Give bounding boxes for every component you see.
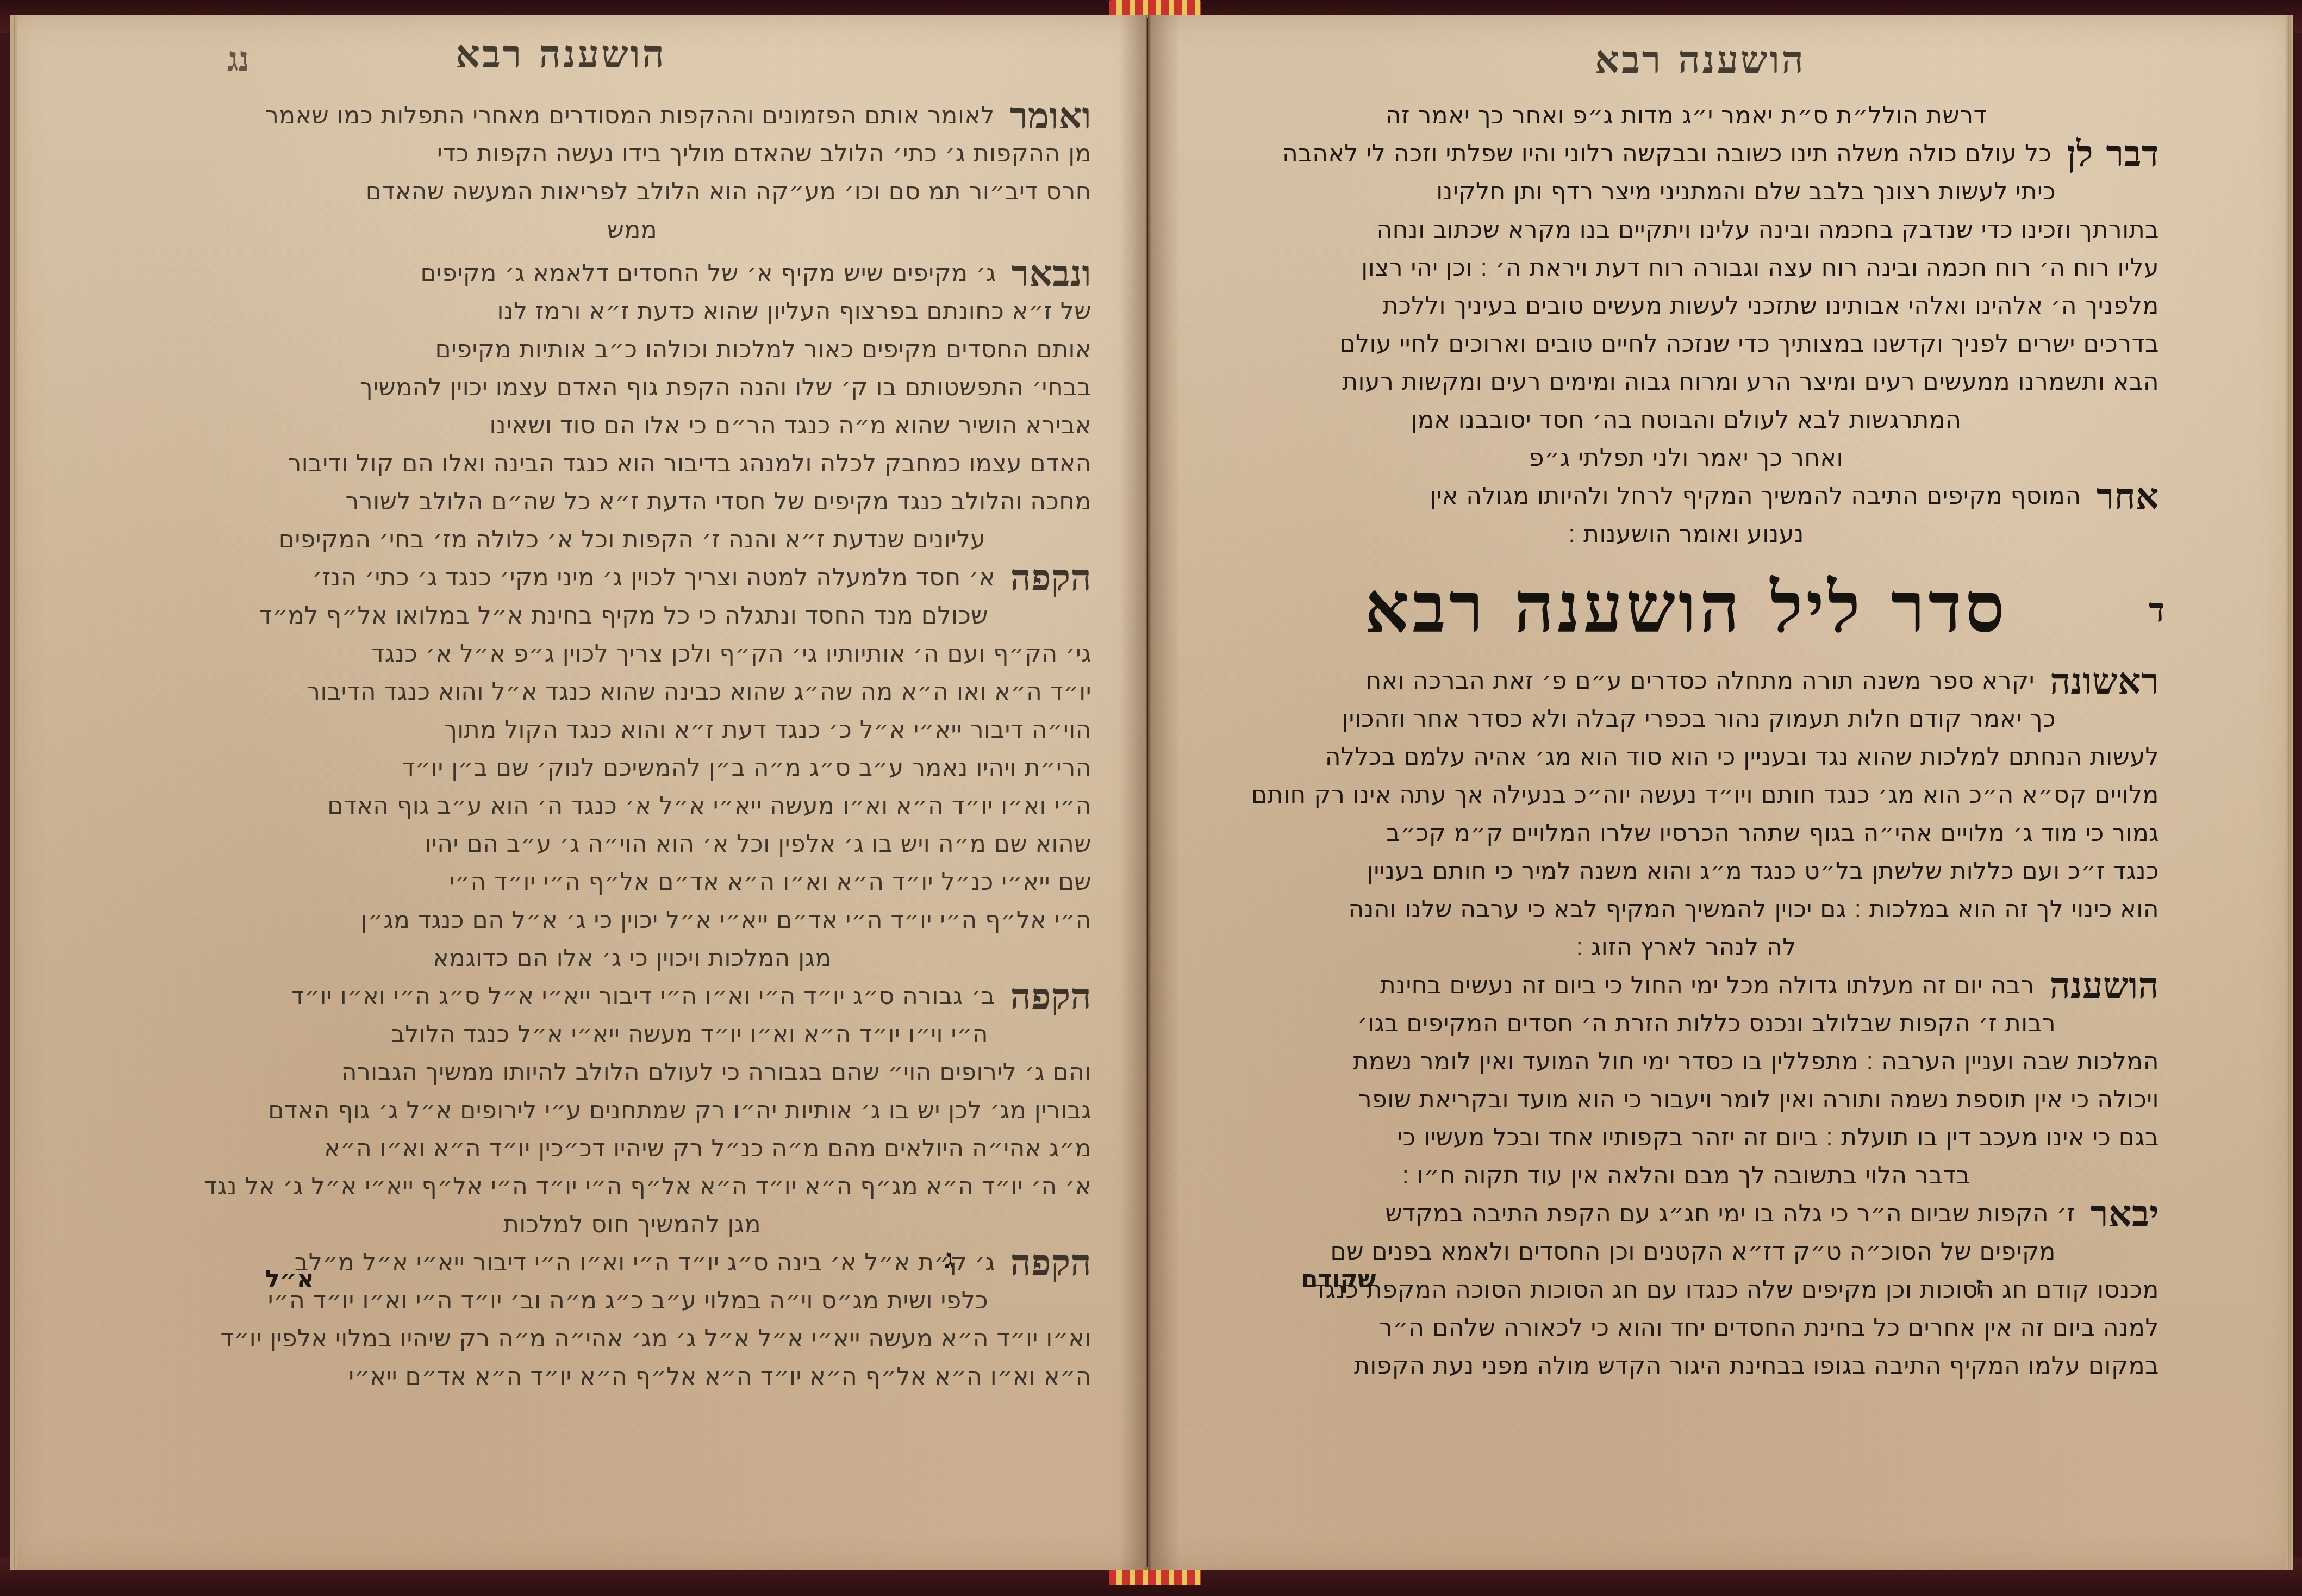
text-line: שם ייא״י כנ״ל יו״ד ה״א וא״ו ה״א אד״ם אל״… — [173, 863, 1091, 901]
text-line: כנגד ז״כ ועם כללות שלשתן בל״ט כנגד מ״ג ו… — [1213, 852, 2159, 890]
text-line: במקום עלמו המקיף התיבה בגופו בבחינת היגו… — [1213, 1347, 2159, 1385]
signature-mark: ז — [1975, 1271, 1982, 1301]
catchword: שקודם — [1301, 1265, 1376, 1293]
paragraph-lead-word: הקפה — [1010, 559, 1091, 597]
paragraph: הושענהרבה יום זה מעלתו גדולה מכל ימי החו… — [1213, 967, 2159, 1195]
text-line: חרס דיב״ור תמ סם וכו׳ מע״קה הוא הלולב לפ… — [173, 173, 1091, 211]
right-page: הושענה רבא דרשת הולל״ת ס״ת יאמר י״ג מדות… — [1148, 15, 2293, 1570]
text-line: למנה ביום זה אין אחרים כל בחינת החסדים י… — [1213, 1309, 2159, 1347]
text-line: כל עולם כולה משלה תינו כשובה ובבקשה רלונ… — [1282, 140, 2051, 167]
paragraph-lead-word: ראשונה — [2050, 662, 2159, 700]
text-line: לאומר אותם הפזמונים וההקפות המסודרים מאח… — [265, 102, 995, 129]
text-line: ג׳ מקיפים שיש מקיף א׳ של החסדים דלאמא ג׳… — [420, 259, 996, 287]
text-line: הוא כינוי לך זה הוא במלכות ׃ גם יכוין לה… — [1213, 890, 2159, 928]
text-line: עליו רוח ה׳ רוח חכמה ובינה רוח עצה וגבור… — [1213, 249, 2159, 287]
text-line: רבות ז׳ הקפות שבלולב ונכנס כללות הזרת ה׳… — [1213, 1005, 2159, 1043]
text-line: האדם עצמו כמחבק לכלה ולמנהג בדיבור הוא כ… — [173, 445, 1091, 483]
section-title: סדר ליל הושענה רבא — [1213, 553, 2159, 662]
folio-number: נג — [227, 39, 249, 79]
text-line: ג׳ ק״ת א״ל א׳ בינה ס״ג יו״ד ה״י וא״ו ה״י… — [295, 1249, 995, 1276]
text-line: אותם החסדים מקיפים כאור למלכות וכולהו כ״… — [173, 331, 1091, 369]
text-line: שכולם מנד החסד ונתגלה כי כל מקיף בחינת א… — [173, 597, 1091, 635]
paragraph: ואומרלאומר אותם הפזמונים וההקפות המסודרי… — [173, 97, 1091, 249]
text-line: בבחי׳ התפשטותם בו ק׳ שלו והנה הקפת גוף ה… — [173, 369, 1091, 407]
text-line: דרשת הולל״ת ס״ת יאמר י״ג מדות ג״פ ואחר כ… — [1213, 97, 2159, 135]
text-line: הוי״ה דיבור ייא״י א״ל כ׳ כנגד דעת ז״א וה… — [173, 711, 1091, 749]
left-page: הושענה רבא נג ואומרלאומר אותם הפזמונים ו… — [10, 15, 1147, 1570]
text-line: כיתי לעשות רצונך בלבב שלם והמתניני מיצר … — [1213, 173, 2159, 211]
text-line: שהוא שם מ״ה ויש בו ג׳ אלפין וכל א׳ הוא ה… — [173, 825, 1091, 863]
paragraph-lead-word: אחר — [2097, 477, 2159, 515]
text-line: ז׳ הקפות שביום ה״ר כי גלה בו ימי חג״ג עם… — [1385, 1200, 2075, 1227]
text-line: א׳ חסד מלמעלה למטה וצריך לכוין ג׳ מיני מ… — [312, 564, 995, 591]
text-line: יקרא ספר משנה תורה מתחלה כסדרים ע״ם פ׳ ז… — [1366, 667, 2035, 695]
text-line: גמור כי מוד ג׳ מלויים אהי״ה בגוף שתהר הכ… — [1213, 814, 2159, 852]
text-line: מגן המלכות ויכוין כי ג׳ אלו הם כדוגמא — [173, 939, 1091, 977]
section-heading: ד סדר ליל הושענה רבא — [1213, 553, 2159, 662]
text-line: לעשות הנחתם למלכות שהוא נגד ובעניין כי ה… — [1213, 738, 2159, 776]
text-line: ממש — [173, 211, 1091, 249]
text-line: אבירא הושיר שהוא מ״ה כנגד הר״ם כי אלו הם… — [173, 407, 1091, 445]
text-line: ה״א וא״ו ה״א אל״ף ה״א יו״ד ה״א אל״ף ה״א … — [173, 1358, 1091, 1396]
catchword: א״ל — [265, 1265, 314, 1293]
text-line: ויכולה כי אין תוספת נשמה ותורה ואין לומר… — [1213, 1081, 2159, 1119]
page-edge-left — [10, 15, 17, 1570]
section-marker: ד — [2149, 591, 2164, 629]
page-edge-right — [2286, 15, 2293, 1570]
text-line: גי׳ הק״ף ועם ה׳ אותיותיו גי׳ הק״ף ולכן צ… — [173, 635, 1091, 673]
text-line: מלפניך ה׳ אלהינו ואלהי אבותינו שתזכני לע… — [1213, 287, 2159, 325]
paragraph-lead-word: הושענה — [2050, 967, 2159, 1005]
text-line: הבא ותשמרנו ממעשים רעים ומיצר הרע ומרוח … — [1213, 363, 2159, 401]
text-line: מגן להמשיך חוס למלכות — [173, 1206, 1091, 1244]
text-line: בתורתך וזכינו כדי שנדבק בחכמה ובינה עלינ… — [1213, 211, 2159, 249]
text-line: ה״י אל״ף ה״י יו״ד ה״י אד״ם ייא״י א״ל יכו… — [173, 901, 1091, 939]
text-line: לה לנהר לארץ הזוג ׃ — [1213, 928, 2159, 967]
text-line: וא״ו יו״ד ה״א מעשה ייא״י א״ל א״ל ג׳ מג׳ … — [173, 1320, 1091, 1358]
text-line: של ז״א כחונתם בפרצוף העליון שהוא כדעת ז״… — [173, 292, 1091, 331]
paragraph-lead-word: הקפה — [1010, 977, 1091, 1015]
running-head: הושענה רבא — [1595, 37, 1806, 83]
paragraph: הקפהא׳ חסד מלמעלה למטה וצריך לכוין ג׳ מי… — [173, 559, 1091, 977]
text-line: כך יאמר קודם חלות תעמוק נהור בכפרי קבלה … — [1213, 700, 2159, 738]
left-page-text: ואומרלאומר אותם הפזמונים וההקפות המסודרי… — [173, 97, 1091, 1396]
paragraph: דבר לןכל עולם כולה משלה תינו כשובה ובבקש… — [1213, 135, 2159, 439]
text-line: עליונים שנדעת ז״א והנה ז׳ הקפות וכל א׳ כ… — [173, 521, 1091, 559]
text-line: ואחר כך יאמר ולני תפלתי ג״פ — [1213, 439, 2159, 477]
text-line: גבורין מג׳ לכן יש בו ג׳ אותיות יה״ו רק ש… — [173, 1092, 1091, 1130]
text-line: המוסף מקיפים התיבה להמשיך המקיף לרחל ולה… — [1430, 482, 2081, 510]
text-line: מ״ג אהי״ה היולאים מהם מ״ה כנ״ל רק שיהיו … — [173, 1130, 1091, 1168]
paragraph-lead-word: ואומר — [1010, 97, 1091, 135]
text-line: בגם כי אינו מעכב דין בו תועלת ׃ ביום זה … — [1213, 1119, 2159, 1157]
paragraph: אחרהמוסף מקיפים התיבה להמשיך המקיף לרחל … — [1213, 477, 2159, 553]
paragraph: ראשונהיקרא ספר משנה תורה מתחלה כסדרים ע״… — [1213, 662, 2159, 967]
text-line: ה״י וא״ו יו״ד ה״א וא״ו מעשה ייא״י א״ל א׳… — [173, 787, 1091, 825]
text-line: המלכות שבה ועניין הערבה ׃ מתפללין בו כסד… — [1213, 1043, 2159, 1081]
text-line: המתרגשות לבא לעולם והבוטח בה׳ חסד יסובבנ… — [1213, 401, 2159, 439]
text-line: בדרכים ישרים לפניך וקדשנו במצותיך כדי שנ… — [1213, 325, 2159, 363]
text-line: מחכה והלולב כנגד מקיפים של חסדי הדעת ז״א… — [173, 483, 1091, 521]
paragraph-lead-word: יבאר — [2091, 1195, 2159, 1233]
text-line: א׳ ה׳ יו״ד ה״א מג״ף ה״א יו״ד ה״א אל״ף ה״… — [173, 1168, 1091, 1206]
running-head: הושענה רבא — [456, 32, 666, 77]
paragraph: ונבארג׳ מקיפים שיש מקיף א׳ של החסדים דלא… — [173, 254, 1091, 559]
text-line: נענוע ואומר הושענות ׃ — [1213, 515, 2159, 553]
signature-mark: ג — [945, 1244, 953, 1274]
right-page-text: דרשת הולל״ת ס״ת יאמר י״ג מדות ג״פ ואחר כ… — [1213, 97, 2159, 1385]
paragraph-lead-word: ונבאר — [1012, 254, 1091, 292]
text-line: רבה יום זה מעלתו גדולה מכל ימי החול כי ב… — [1380, 971, 2035, 999]
text-line: ה״י וי״ו יו״ד ה״א וא״ו יו״ד מעשה ייא״י א… — [173, 1015, 1091, 1053]
text-line: מלויים קס״א ה״כ הוא מג׳ כנגד חותם ויו״ד … — [1213, 776, 2159, 814]
paragraph-lead-word: הקפה — [1010, 1244, 1091, 1282]
text-line: מן ההקפות ג׳ כתי׳ הלולב שהאדם מוליך בידו… — [173, 135, 1091, 173]
text-line: יו״ד ה״א ואו ה״א מה שה״ג שהוא כבינה שהוא… — [173, 673, 1091, 711]
text-line: ב׳ גבורה ס״ג יו״ד ה״י וא״ו ה״י דיבור ייא… — [291, 982, 995, 1010]
text-line: בדבר הלוי בתשובה לך מבם והלאה אין עוד תק… — [1213, 1157, 2159, 1195]
paragraph: הקפהב׳ גבורה ס״ג יו״ד ה״י וא״ו ה״י דיבור… — [173, 977, 1091, 1244]
text-line: הרי״ת ויהיו נאמר ע״ב ס״ג מ״ה ב״ן להמשיכם… — [173, 749, 1091, 787]
text-line: והם ג׳ לירופים הוי״ שהם בגבורה כי לעולם … — [173, 1053, 1091, 1092]
paragraph-lead-word: דבר לן — [2067, 135, 2159, 173]
